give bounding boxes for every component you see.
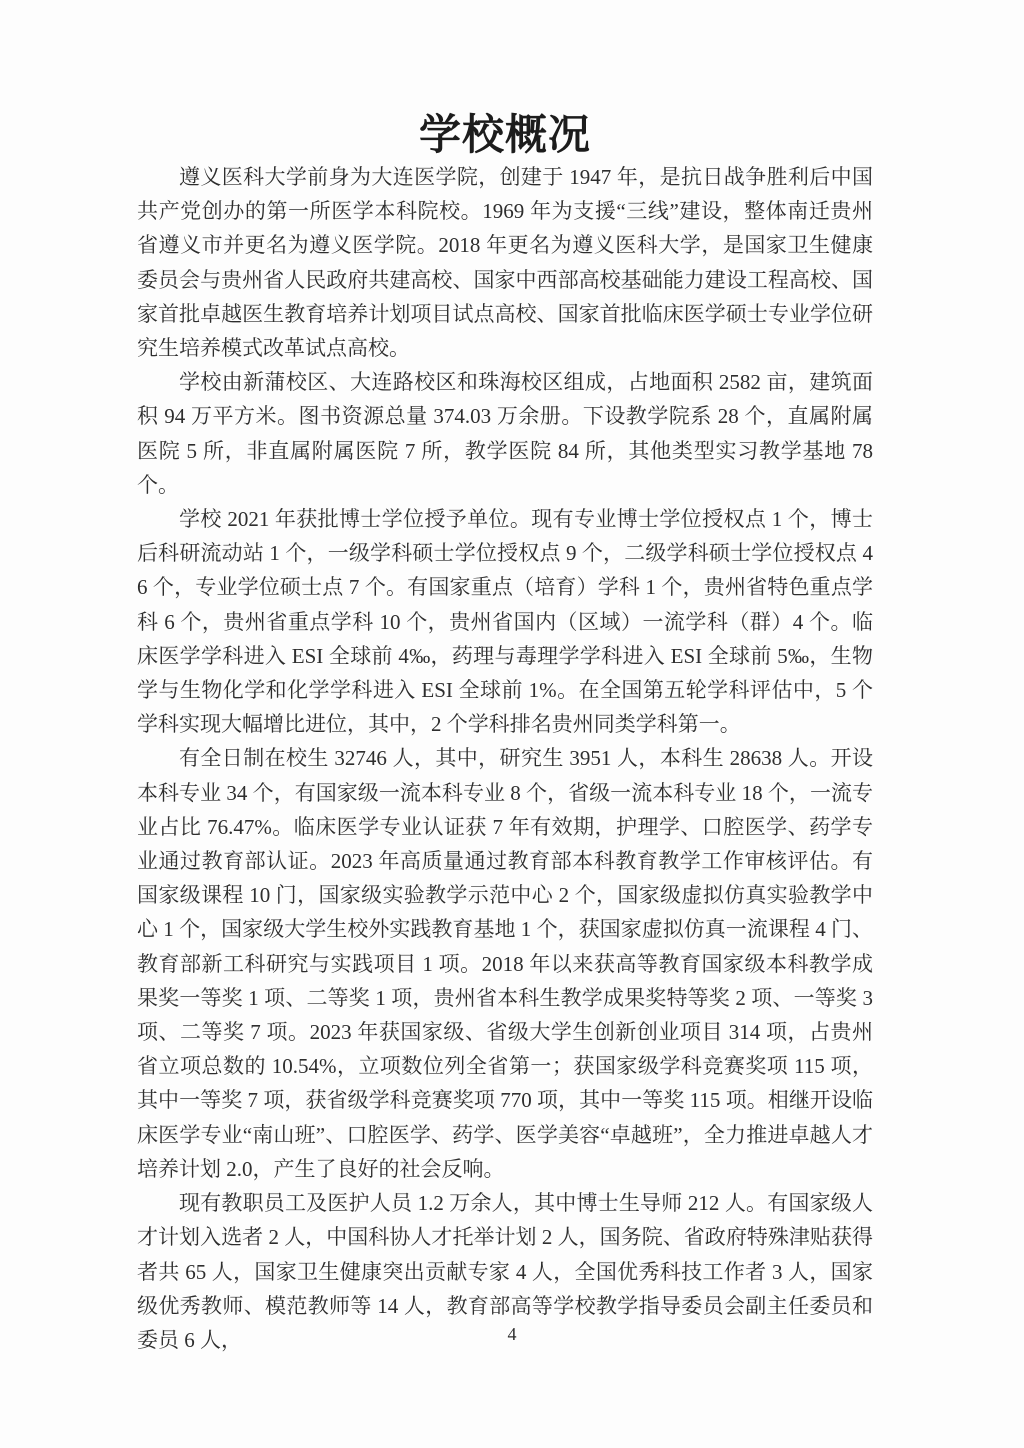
paragraph-disciplines: 学校 2021 年获批博士学位授予单位。现有专业博士学位授权点 1 个，博士后科… [137,502,873,741]
page-number: 4 [0,1322,1024,1346]
paragraph-history: 遵义医科大学前身为大连医学院，创建于 1947 年，是抗日战争胜利后中国共产党创… [137,160,873,365]
document-page: 学校概况 遵义医科大学前身为大连医学院，创建于 1947 年，是抗日战争胜利后中… [0,0,1024,1448]
paragraph-students-teaching: 有全日制在校生 32746 人，其中，研究生 3951 人，本科生 28638 … [137,741,873,1186]
paragraph-campus: 学校由新蒲校区、大连路校区和珠海校区组成，占地面积 2582 亩，建筑面积 94… [137,365,873,502]
document-body: 学校概况 遵义医科大学前身为大连医学院，创建于 1947 年，是抗日战争胜利后中… [137,110,873,1357]
page-title: 学校概况 [137,110,873,160]
